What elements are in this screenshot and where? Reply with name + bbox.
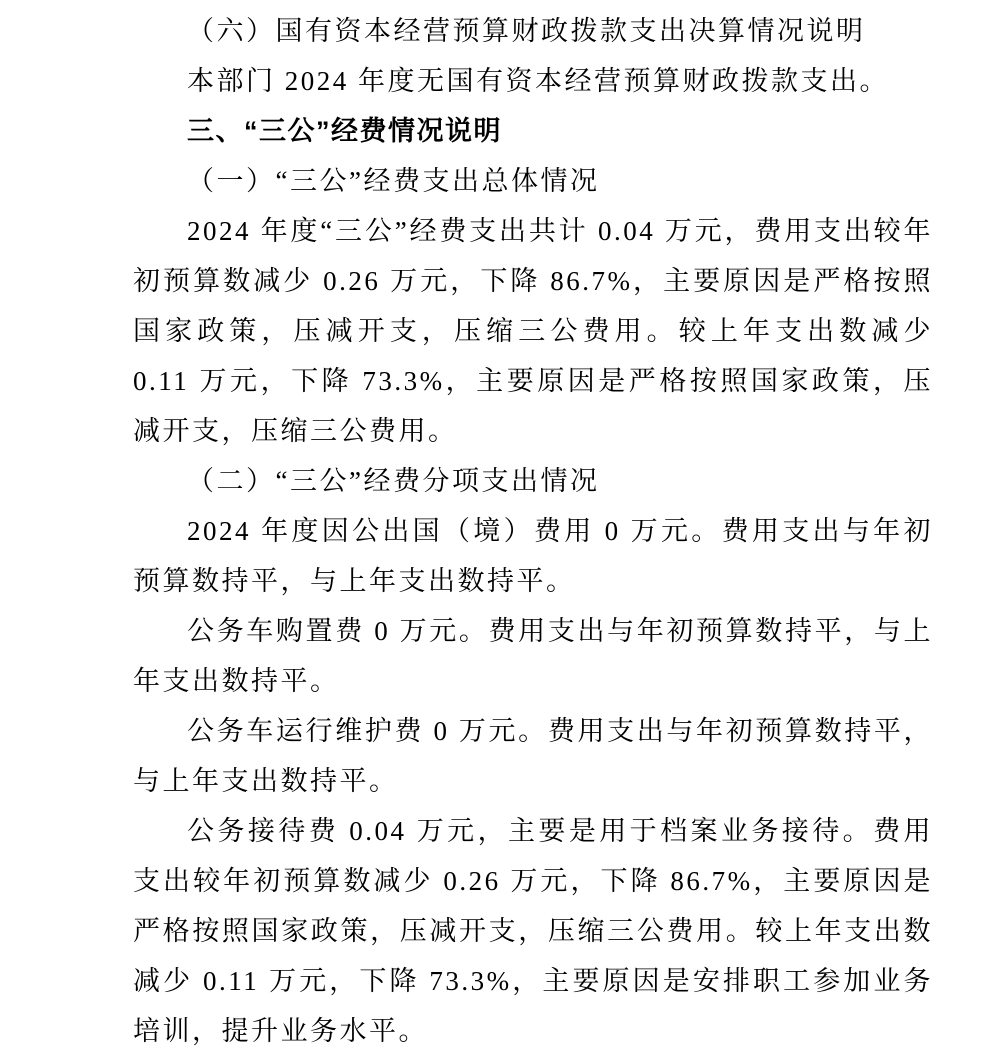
heading-three-public-funds: 三、“三公”经费情况说明 xyxy=(133,106,933,156)
document-page: （六）国有资本经营预算财政拨款支出决算情况说明 本部门 2024 年度无国有资本… xyxy=(133,6,933,1056)
heading-overall-expenditure: （一）“三公”经费支出总体情况 xyxy=(133,156,933,206)
paragraph-official-reception-expense: 公务接待费 0.04 万元，主要是用于档案业务接待。费用支出较年初预算数减少 0… xyxy=(133,806,933,1056)
paragraph-overseas-trips-expense: 2024 年度因公出国（境）费用 0 万元。费用支出与年初预算数持平，与上年支出… xyxy=(133,506,933,606)
paragraph-overall-expenditure-detail: 2024 年度“三公”经费支出共计 0.04 万元，费用支出较年初预算数减少 0… xyxy=(133,206,933,456)
heading-state-capital-budget-section: （六）国有资本经营预算财政拨款支出决算情况说明 xyxy=(133,6,933,56)
paragraph-no-state-capital-expenditure: 本部门 2024 年度无国有资本经营预算财政拨款支出。 xyxy=(133,56,933,106)
heading-itemized-expenditure: （二）“三公”经费分项支出情况 xyxy=(133,456,933,506)
paragraph-vehicle-maintenance-expense: 公务车运行维护费 0 万元。费用支出与年初预算数持平，与上年支出数持平。 xyxy=(133,706,933,806)
paragraph-vehicle-purchase-expense: 公务车购置费 0 万元。费用支出与年初预算数持平，与上年支出数持平。 xyxy=(133,606,933,706)
